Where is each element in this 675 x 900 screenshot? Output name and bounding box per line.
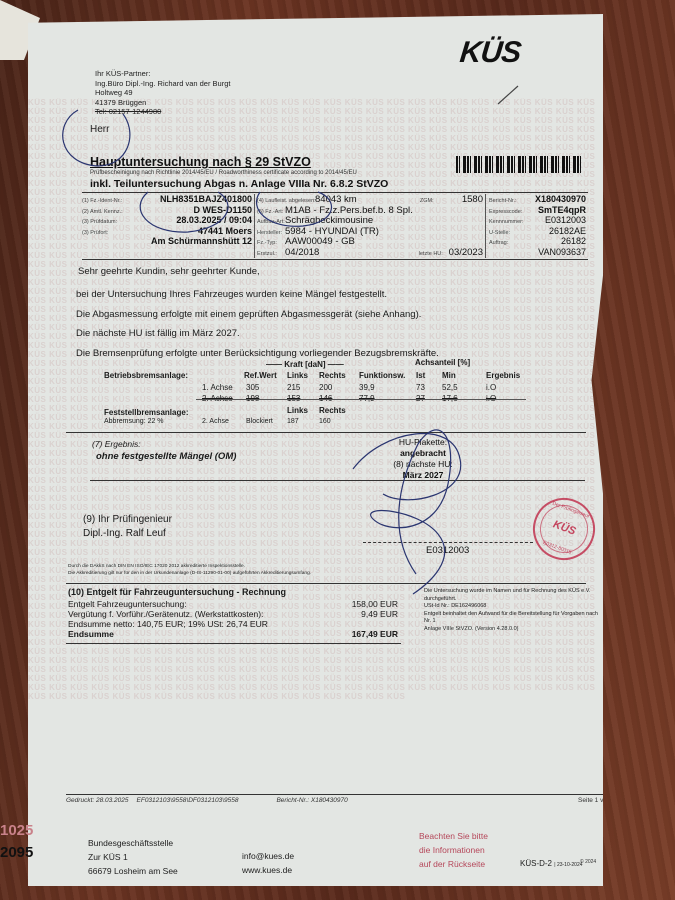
report-details: Bericht-Nr.:X180430970 Expresscode:SmTE4…: [487, 194, 588, 258]
inspector-info: (9) Ihr Prüfingenieur Dipl.-Ing. Ralf Le…: [83, 513, 172, 541]
side-code: 1025 2095: [0, 820, 33, 864]
parking-brake-label: Feststellbremsanlage:: [104, 408, 188, 417]
copyright: © 2024: [580, 859, 596, 865]
inspection-street: Am Schürmannshütt 12: [130, 236, 252, 246]
divider: [66, 583, 586, 584]
form-code: KÜS-D-2 | 23-10-2024: [520, 859, 583, 868]
print-info: Gedruckt: 28.03.2025 EF0312103\9558\DF03…: [66, 797, 603, 804]
van-number: VAN093637: [538, 247, 586, 257]
partner-address: Ihr KÜS-Partner: Ing.Büro Dipl.-Ing. Ric…: [95, 69, 230, 117]
hu-sticker-info: HU-Plakette: angebracht (8) nächste HU: …: [368, 437, 478, 481]
kues-logo: KÜS: [458, 36, 522, 70]
manufacturer: 5984 - HYUNDAI (TR): [285, 226, 379, 237]
divider: [82, 259, 588, 260]
recipient-salutation: Herr: [90, 124, 109, 135]
first-registration: 04/2018: [285, 247, 319, 258]
vat-note: Die Untersuchung wurde im Namen und für …: [424, 588, 603, 633]
inspection-details: (1) Fz.-Ident-Nr.:NLH8351BAJZ401800 (2) …: [82, 194, 252, 258]
greeting: Sehr geehrte Kundin, sehr geehrter Kunde…: [78, 266, 439, 277]
strikethrough-line: [196, 399, 526, 400]
service-brake-label: Betriebsbremsanlage:: [104, 371, 188, 380]
last-hu: 03/2023: [449, 247, 483, 258]
accreditation-note: Durch die DAkkS nach DIN EN ISO/IEC 1702…: [68, 563, 311, 577]
result-value: ohne festgestellte Mängel (OM): [96, 451, 236, 462]
u-stelle: 26182AE: [549, 226, 586, 236]
vin: NLH8351BAJZ401800: [130, 194, 252, 204]
axle-1: 1. Achse: [202, 383, 233, 392]
inspection-result: (7) Ergebnis: ohne festgestellte Mängel …: [92, 439, 236, 462]
divider: [66, 794, 603, 795]
document-title-emission: inkl. Teiluntersuchung Abgas n. Anlage V…: [90, 178, 388, 190]
model-type: AAW00049 - GB: [285, 236, 355, 247]
express-code: SmTE4qpR: [538, 205, 586, 215]
back-page-notice: Beachten Sie bitte die Informationen auf…: [419, 829, 488, 871]
divider: [82, 192, 588, 193]
vehicle-info-box: (1) Fz.-Ident-Nr.:NLH8351BAJZ401800 (2) …: [82, 194, 588, 258]
barcode: [456, 156, 581, 173]
document-title: Hauptuntersuchung nach § 29 StVZO: [90, 155, 311, 169]
inspection-place: 47441 Moers: [130, 226, 252, 236]
head-office-address: Bundesgeschäftsstelle Zur KÜS 1 66679 Lo…: [88, 836, 178, 878]
inspector-id: E0312003: [426, 545, 469, 556]
document-subtitle: Prüfbescheinigung nach Richtlinie 2014/4…: [90, 170, 357, 176]
body-type: Schrägheckimousine: [285, 215, 373, 226]
invoice-item: Entgelt Fahrzeuguntersuchung:158,00 EUR: [68, 599, 398, 609]
sticker-status: angebracht: [368, 448, 478, 459]
divider: [66, 643, 401, 644]
zgm: 1580: [462, 194, 483, 205]
license-plate: D WES-D1150: [130, 205, 252, 215]
vehicle-type: M1AB - Fz.z.Pers.bef.b. 8 Spl.: [285, 205, 413, 216]
invoice-section: (10) Entgelt für Fahrzeuguntersuchung - …: [68, 587, 398, 639]
page-indicator: Seite 1 von 2: [578, 797, 603, 804]
website-link[interactable]: www.kues.de: [242, 863, 294, 877]
identification-number: E0312003: [545, 215, 586, 225]
divider: [90, 480, 585, 481]
deceleration: Abbremsung: 22 %: [104, 418, 164, 425]
letter-body: Sehr geehrte Kundin, sehr geehrter Kunde…: [76, 266, 439, 367]
signature-line: [363, 542, 533, 543]
mileage: 84043 km: [315, 194, 357, 205]
vat-line: Endsumme netto: 140,75 EUR; 19% USt: 26,…: [68, 619, 398, 629]
contact-info: info@kues.de www.kues.de: [242, 849, 294, 877]
report-number: X180430970: [535, 194, 586, 204]
inspector-name: Dipl.-Ing. Ralf Leuf: [83, 527, 172, 541]
invoice-item: Vergütung f. Vorführ./Gerätenutz. (Werks…: [68, 609, 398, 619]
invoice-total: Endsumme167,49 EUR: [68, 629, 398, 639]
order-number: 26182: [561, 236, 586, 246]
invoice-header: (10) Entgelt für Fahrzeuguntersuchung - …: [68, 587, 398, 597]
vehicle-details: (4) Laufleist. abgelesen:84043 kmZGM:158…: [254, 194, 486, 258]
inspection-date: 28.03.2025 / 09:04: [130, 215, 252, 225]
inspection-certificate-page: KÜS KÜS KÜS KÜS KÜS KÜS KÜS KÜS KÜS KÜS …: [28, 14, 603, 886]
divider: [66, 432, 586, 433]
email-link[interactable]: info@kues.de: [242, 849, 294, 863]
force-header: —— Kraft [daN] ——: [266, 360, 344, 369]
share-header: Achsanteil [%]: [415, 358, 470, 367]
